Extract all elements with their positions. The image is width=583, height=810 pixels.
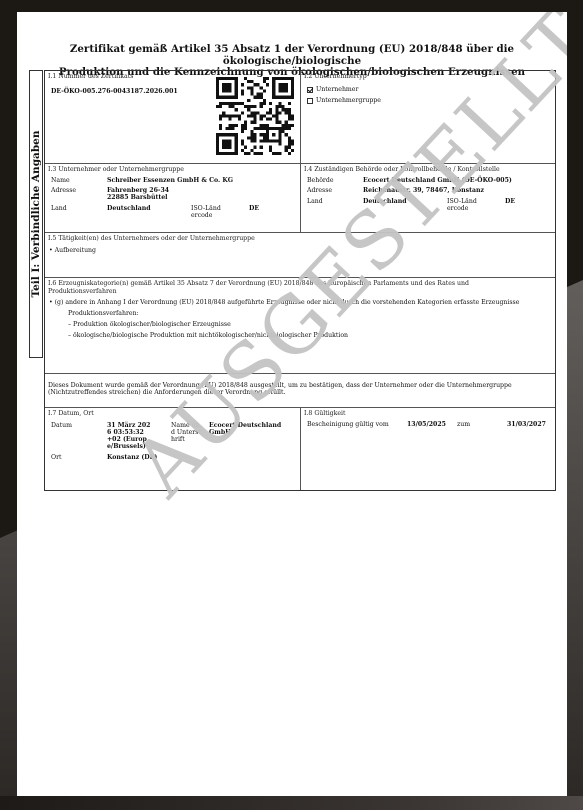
option-label: Unternehmergruppe	[316, 97, 381, 104]
country-key: Land	[51, 205, 107, 219]
iso-value: DE	[505, 198, 515, 212]
section-1-6-label: I.6 Erzeugniskategorie(n) gemäß Artikel …	[48, 280, 552, 296]
company-name: Schreiber Essenzen GmbH & Co. KG	[107, 177, 233, 184]
row-5: Dieses Dokument wurde gemäß der Verordnu…	[45, 374, 555, 408]
address-key: Adresse	[51, 187, 107, 201]
name-key: Name	[51, 177, 107, 184]
side-label: Teil I: Verbindliche Angaben	[30, 131, 42, 298]
country-key: Land	[307, 198, 363, 212]
date-value: 31 März 2026 03:53:32 +02 (Europe/Brusse…	[107, 422, 151, 450]
checkbox-checked-icon[interactable]	[307, 87, 313, 93]
section-1-5-label: I.5 Tätigkeit(en) des Unternehmers oder …	[48, 235, 552, 243]
section-1-7-label: I.7 Datum, Ort	[48, 410, 297, 418]
section-1-8-label: I.8 Gültigkeit	[304, 410, 552, 418]
option-label: Unternehmer	[316, 86, 358, 93]
authority-address: Reichenaustr. 39, 78467, Konstanz	[363, 187, 484, 194]
side-label-box: Teil I: Verbindliche Angaben	[29, 70, 43, 358]
product-category: • (g) andere in Anhang I der Verordnung …	[48, 299, 552, 306]
section-1-4: I.4 Zuständigen Behörde oder Kontrollbeh…	[301, 164, 555, 232]
date-key: Datum	[51, 422, 107, 450]
valid-to: 31/03/2027	[507, 421, 546, 428]
place-key: Ort	[51, 454, 107, 461]
section-1-4-label: I.4 Zuständigen Behörde oder Kontrollbeh…	[304, 166, 552, 174]
row-1: I.1 Nummer des Zertifikats DE-ÖKO-005.27…	[45, 71, 555, 164]
statement: Dieses Dokument wurde gemäß der Verordnu…	[45, 374, 555, 407]
title-line-1: Zertifikat gemäß Artikel 35 Absatz 1 der…	[17, 44, 567, 67]
qr-code-icon	[216, 77, 294, 155]
address-line-2: 22885 Barsbüttel	[107, 194, 169, 201]
iso-value: DE	[249, 205, 259, 219]
methods-heading: Produktionsverfahren:	[48, 310, 552, 317]
signature-value: Ecocert Deutschland GmbH	[209, 422, 293, 450]
method-item: – ökologische/biologische Produktion mit…	[48, 332, 552, 339]
section-1-3: I.3 Unternehmer oder Unternehmergruppe N…	[45, 164, 301, 232]
valid-from: 13/05/2025	[407, 421, 457, 428]
option-unternehmer[interactable]: Unternehmer	[304, 86, 552, 93]
country-value: Deutschland	[363, 198, 447, 212]
section-1-8: I.8 Gültigkeit Bescheinigung gültig vom …	[301, 408, 555, 490]
section-1-6: I.6 Erzeugniskategorie(n) gemäß Artikel …	[45, 278, 555, 373]
valid-to-key: zum	[457, 421, 507, 428]
address-line-1: Fahrenberg 26-34	[107, 187, 169, 194]
method-item: – Produktion ökologischer/biologischer E…	[48, 321, 552, 328]
section-1-3-label: I.3 Unternehmer oder Unternehmergruppe	[48, 166, 297, 174]
row-4: I.6 Erzeugniskategorie(n) gemäß Artikel …	[45, 278, 555, 374]
section-1-1: I.1 Nummer des Zertifikats DE-ÖKO-005.27…	[45, 71, 301, 163]
row-2: I.3 Unternehmer oder Unternehmergruppe N…	[45, 164, 555, 233]
iso-key: ISO-Ländercode	[191, 205, 221, 219]
iso-key: ISO-Ländercode	[447, 198, 477, 212]
section-1-2: I.2 Unternehmertyp Unternehmer Unternehm…	[301, 71, 555, 163]
certificate-table: I.1 Nummer des Zertifikats DE-ÖKO-005.27…	[44, 70, 556, 491]
authority-value: Ecocert Deutschland GmbH (DE-ÖKO-005)	[363, 177, 512, 184]
section-1-7: I.7 Datum, Ort Datum 31 März 2026 03:53:…	[45, 408, 301, 490]
statement-text: Dieses Dokument wurde gemäß der Verordnu…	[48, 382, 543, 396]
valid-from-key: Bescheinigung gültig vom	[307, 421, 407, 428]
section-1-2-label: I.2 Unternehmertyp	[304, 73, 552, 81]
option-unternehmergruppe[interactable]: Unternehmergruppe	[304, 97, 552, 104]
section-1-5: I.5 Tätigkeit(en) des Unternehmers oder …	[45, 233, 555, 277]
checkbox-unchecked-icon[interactable]	[307, 98, 313, 104]
row-6: I.7 Datum, Ort Datum 31 März 2026 03:53:…	[45, 408, 555, 491]
address-key: Adresse	[307, 187, 363, 194]
signature-key: Name und Unterschrift	[171, 422, 203, 450]
activity-item: • Aufbereitung	[48, 247, 552, 254]
authority-key: Behörde	[307, 177, 363, 184]
country-value: Deutschland	[107, 205, 191, 219]
row-3: I.5 Tätigkeit(en) des Unternehmers oder …	[45, 233, 555, 278]
place-value: Konstanz (DE)	[107, 454, 157, 461]
certificate-page: Zertifikat gemäß Artikel 35 Absatz 1 der…	[17, 12, 567, 796]
